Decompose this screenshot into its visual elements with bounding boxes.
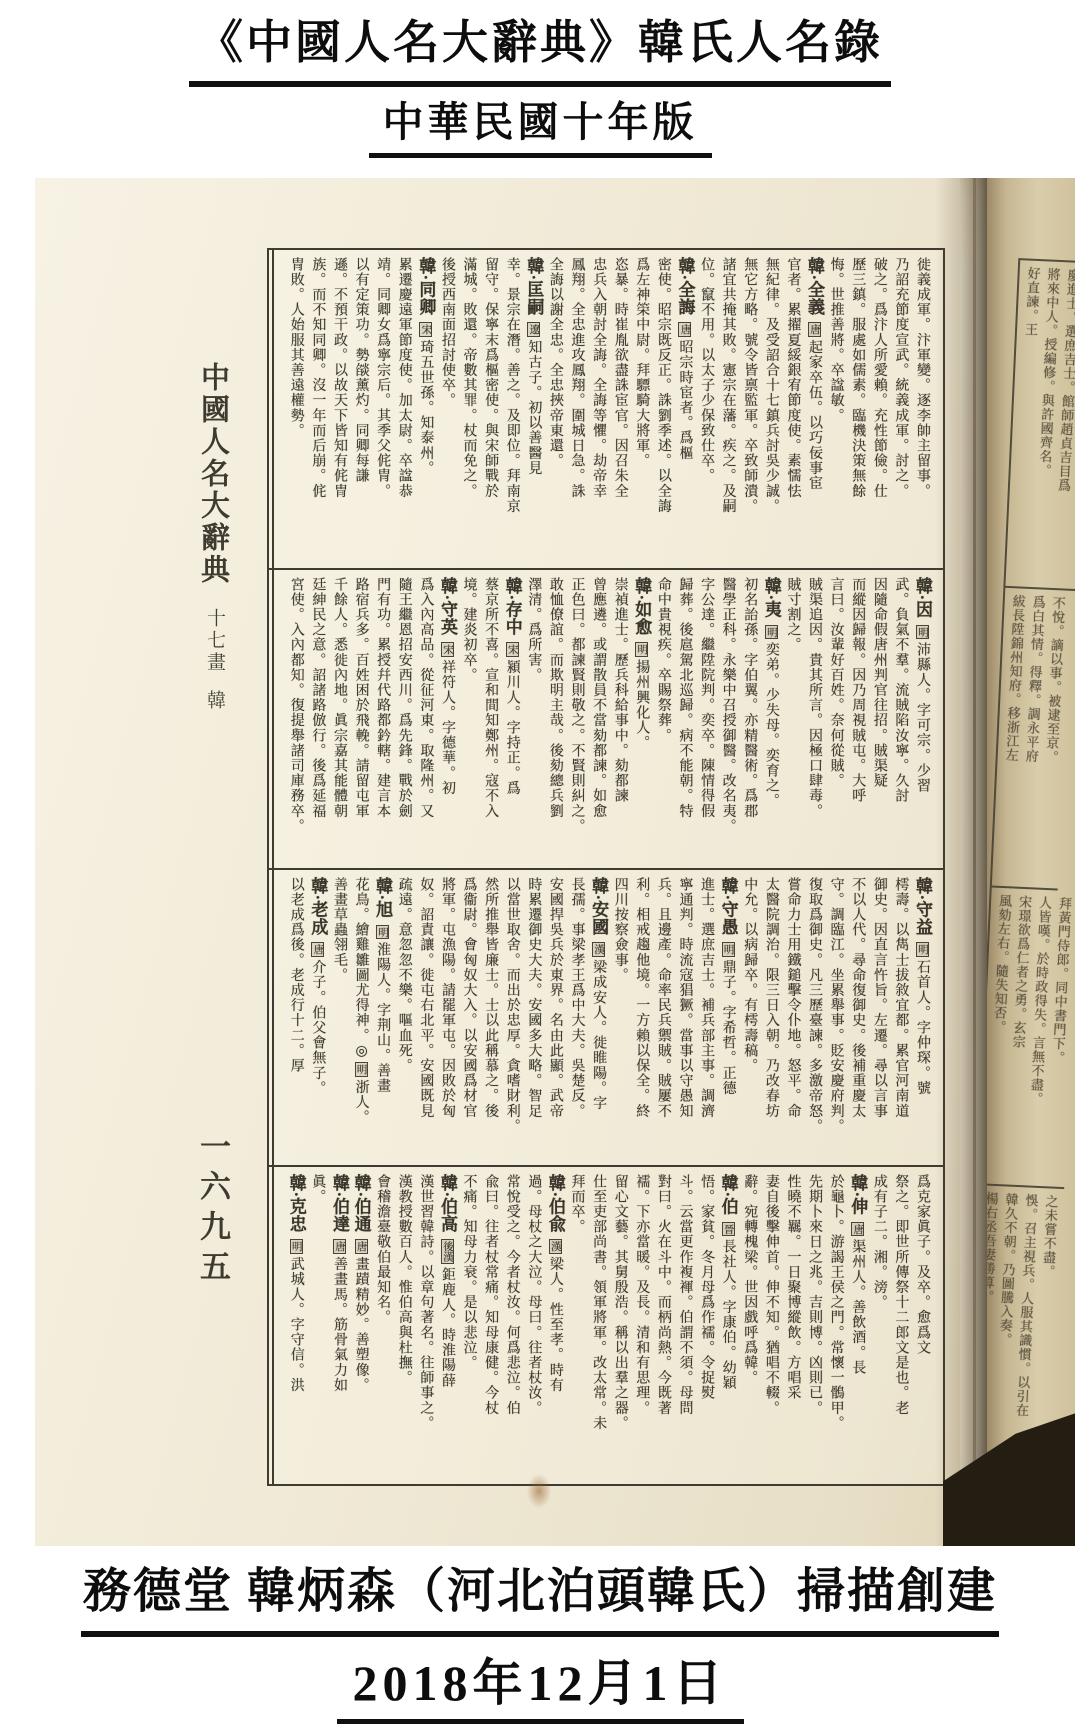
dynasty-label: 晉 — [722, 1222, 735, 1237]
text-column: 韓·全誨 唐昭宗時宦者。爲樞 — [674, 257, 696, 563]
text-column: 幸。景宗在潛。善之。及即位。拜南京 — [501, 257, 523, 563]
document-header: 《中國人名大辭典》韓氏人名錄 中華民國十年版 — [0, 6, 1080, 158]
entry-name: 韓·旭 — [373, 877, 392, 918]
header-title: 《中國人名大辭典》韓氏人名錄 — [189, 6, 891, 87]
text-column: 無紀律。及受詔合十七鎮兵討吳少誠。 — [760, 257, 782, 563]
binding-crease — [973, 178, 976, 1546]
entry-name: 韓·伸 — [848, 1174, 867, 1215]
section-stroke-count: 十七畫 — [204, 608, 225, 674]
tier-4: 爲克家眞子。及卒。愈爲文祭之。即世所傳祭十二郎文是也。老成有子二。湘。滂。韓·伸… — [269, 1167, 943, 1483]
text-column: 冑敗。人始服其善遠權勢。 — [285, 257, 307, 563]
text-column: 以當世取舍。而出於忠厚。貪嗜財利。 — [501, 877, 523, 1160]
text-column: 漢世習韓詩。以章句著名。往師事之。 — [415, 1174, 437, 1478]
right-tier-4: 之未嘗不盡。悞。召主視兵。人服其識慣。以引在韓久不朝。乃圖騰入奏。楊右丞吾妻勝算… — [987, 1185, 1064, 1459]
dynasty-label: 漢 — [549, 1239, 562, 1254]
text-column: 曾應遴。或謂散員不當劾都諫。如愈 — [588, 577, 610, 863]
scan-photo: 中國人名大辭典 十七畫韓 一六九五 徙義成軍。汴軍變。逐李帥主留事。乃詔充節度宣… — [35, 178, 1075, 1546]
entry-name: 韓·伯達 — [330, 1174, 349, 1233]
dynasty-label: 宋 — [506, 642, 519, 657]
text-column: 乃詔充節度宣武。統義成軍。討之。 — [890, 257, 912, 563]
text-column: 敢恤僚誼。而欺明主哉。後劾總兵劉 — [544, 577, 566, 863]
tier-2: 韓·因 明沛縣人。字可宗。少習武。負氣不羣。流賊陷汝寧。久討因隨命假唐州判官往招… — [269, 570, 943, 870]
text-column: 奴。詔責讓。徙屯右北平。安國既見 — [415, 877, 437, 1160]
text-column: 兪曰。往者杖常痛。知母康健。今杖 — [480, 1174, 502, 1478]
text-column: 兵。且邊產。命率民兵禦賊。賊屢不 — [652, 877, 674, 1160]
tier-1: 徙義成軍。汴軍變。逐李帥主留事。乃詔充節度宣武。統義成軍。討之。破之。爲汴人所愛… — [269, 250, 943, 570]
text-column: 言曰。汝輩好百姓。奈何從賊。 — [825, 577, 847, 863]
text-column: 悔。世推善將。卒諡敏。 — [825, 257, 847, 563]
dynasty-label: 明 — [722, 942, 735, 957]
text-column: 路宿兵多。百姓困於飛輓。請留屯軍 — [350, 577, 372, 863]
text-column: 隨王繼恩招安西川。爲先鋒。戰於劍 — [393, 577, 415, 863]
entry-name: 韓·安國 — [589, 877, 608, 936]
entry-name: 韓·全義 — [805, 257, 824, 316]
text-column: 忠兵入朝討全誨。全誨等懼。劫帝幸 — [588, 257, 610, 563]
text-column: 而縱因歸報。因乃周視賊屯。大呼 — [847, 577, 869, 863]
text-column: 進士。選庶吉士。補兵部主事。調濟 — [695, 877, 717, 1160]
text-column: 過。母杖之大泣。母曰。往者杖汝。 — [523, 1174, 545, 1478]
text-column: 韓·伯 晉長社人。字康伯。幼穎 — [717, 1174, 739, 1478]
left-page: 中國人名大辭典 十七畫韓 一六九五 徙義成軍。汴軍變。逐李帥主留事。乃詔充節度宣… — [35, 178, 960, 1546]
text-column: 韓·克忠 明武城人。字守信。洪 — [285, 1174, 307, 1478]
text-column: 破之。爲汴人所愛賴。充性節儉。仕 — [868, 257, 890, 563]
text-column: 韓·匡嗣 遼知古子。初以善醫見 — [523, 257, 545, 563]
text-column: 韓·伯通 唐畫蹟精妙。善塑像。 — [350, 1174, 372, 1478]
text-column: 徙義成軍。汴軍變。逐李帥主留事。 — [911, 257, 933, 563]
entry-name: 韓·守愚 — [719, 877, 738, 936]
text-column: 醫學正科。永樂中召授御醫。改名夷。 — [717, 577, 739, 863]
text-column: 滿城。敗還。帝數其罪。杖而免之。 — [458, 257, 480, 563]
text-column: 守。調臨江。坐累舉事。貶安慶府判。 — [825, 877, 847, 1160]
dynasty-label: 宋 — [419, 322, 432, 337]
text-column: 韓·同卿 宋琦五世孫。知泰州。 — [415, 257, 437, 563]
text-column: 復取爲御史。凡三歷臺諫。多激帝怒。 — [803, 877, 825, 1160]
text-column: 澤清。爲所害。 — [523, 577, 545, 863]
text-column: 韓·伯兪 漢梁人。性至孝。時有 — [544, 1174, 566, 1478]
text-column: 安國捍吳兵於東界。名由此顯。武帝 — [544, 877, 566, 1160]
text-column: 賊寸割之。 — [782, 577, 804, 863]
text-column: 韓·夷 明奕弟。少失母。奕育之。 — [760, 577, 782, 863]
text-column: 韓·存中 宋潁川人。字持正。爲 — [501, 577, 523, 863]
text-column: 先期卜來日之兆。吉則博。凶則已。 — [803, 1174, 825, 1478]
text-column: 爲克家眞子。及卒。愈爲文 — [911, 1174, 933, 1478]
text-column: 漢教授數百人。惟伯高與杜撫。 — [393, 1174, 415, 1478]
text-column: 以老成爲後。老成行十二。厚 — [285, 877, 307, 1160]
text-column: 因隨命假唐州判官往招。賊渠疑 — [868, 577, 890, 863]
footer-date: 2018年12月1日 — [337, 1643, 744, 1724]
dynasty-label: 唐 — [678, 322, 691, 337]
text-column: 韓·老成 唐介子。伯父會無子。 — [307, 877, 329, 1160]
text-column: 門有功。累授幷代路都鈐轄。建言本 — [372, 577, 394, 863]
text-column: 位。竄不用。以太子少保致仕卒。 — [695, 257, 717, 563]
text-column: 不痛。知母力衰。是以悲泣。 — [458, 1174, 480, 1478]
entry-name: 韓·匡嗣 — [524, 257, 543, 316]
text-column: 常悅受之。今者杖汝。何爲悲泣。伯 — [501, 1174, 523, 1478]
text-column: 時累遷御史大夫。安國多大略。智足 — [523, 877, 545, 1160]
text-column: 花鳥。繪雞雛圖尤得神。◎明浙人。 — [350, 877, 372, 1160]
text-column: 善畫草蟲翎毛。 — [328, 877, 350, 1160]
page-number: 一六九五 — [190, 1130, 235, 1290]
dynasty-label: 宋 — [441, 642, 454, 657]
text-column: 韓·伯高 後漢鉅鹿人。時淮陽薛 — [436, 1174, 458, 1478]
entry-name: 韓·伯高 — [438, 1174, 457, 1233]
dynasty-label: 明 — [290, 1239, 303, 1254]
dynasty-label: 唐 — [355, 1239, 368, 1254]
text-column: 辭。宛轉槐梁。世因戲呼爲韓。 — [739, 1174, 761, 1478]
text-column: 韓·伯達 唐善畫馬。筋骨氣力如 — [328, 1174, 350, 1478]
text-column: 於龜卜。游謁王侯之門。常懷一鶻甲。 — [825, 1174, 847, 1478]
text-column: 千餘人。悉徙內地。眞宗嘉其能體朝 — [328, 577, 350, 863]
text-column: 韓·守益 明石首人。字仲琛。號 — [911, 877, 933, 1160]
text-column: 樗壽。以雋士拔敘宜都。累官河南道 — [890, 877, 912, 1160]
text-column: 韓·旭 明淮陽人。字荆山。善畫 — [372, 877, 394, 1160]
text-column: 悟。家貧。冬月母爲作襦。令捉熨 — [695, 1174, 717, 1478]
entry-name: 韓·如愈 — [632, 577, 651, 636]
text-column: 恣暴。時崔胤欲盡誅宦官。因召朱全 — [609, 257, 631, 563]
text-column: 仕至吏部尚書。領軍將軍。改太常。未 — [588, 1174, 610, 1478]
text-column: 以有定策功。勢燄薰灼。同卿每謙 — [350, 257, 372, 563]
text-column: 歷三鎮。服處如儒素。臨機決策無餘 — [847, 257, 869, 563]
entry-name: 韓·伯 — [719, 1174, 738, 1215]
text-column: 祭之。即世所傳祭十二郎文是也。老 — [890, 1174, 912, 1478]
text-column: 正色曰。都諫賢則敬之。不賢則糾之。 — [566, 577, 588, 863]
header-edition: 中華民國十年版 — [369, 89, 712, 158]
text-frame: 徙義成軍。汴軍變。逐李帥主留事。乃詔充節度宣武。統義成軍。討之。破之。爲汴人所愛… — [267, 248, 945, 1486]
entry-name: 韓·全誨 — [675, 257, 694, 316]
dynasty-label: 唐 — [333, 1239, 346, 1254]
text-column: 無它方略。號令皆禀監軍。卒致師潰。 — [739, 257, 761, 563]
text-column: 爲入內高品。從征河東。取隆州。又 — [415, 577, 437, 863]
text-column: 宮使。入內都知。復提舉諸司庫務卒。 — [285, 577, 307, 863]
text-column: 初名詒孫。字伯翼。亦精醫術。爲郡 — [739, 577, 761, 863]
text-column: 利。相戒趨他境。一方賴以保全。終 — [631, 877, 653, 1160]
text-column: 嘗命力士用鐵鎚擊令仆地。怒平。命 — [782, 877, 804, 1160]
footer-credit: 務德堂 韓炳森（河北泊頭韓氏）掃描創建 — [81, 1552, 999, 1637]
text-column: 韓·安國 漢梁成安人。徙睢陽。字 — [588, 877, 610, 1160]
entry-name: 韓·因 — [913, 577, 932, 618]
text-column: 韓·守愚 明鼎子。字希哲。正德 — [717, 877, 739, 1160]
entry-name: 韓·伯兪 — [546, 1174, 565, 1233]
dynasty-label: 後漢 — [441, 1239, 454, 1264]
dynasty-label: 明 — [916, 942, 929, 957]
text-column: 爲衞尉。會匈奴大入。以安國爲材官 — [458, 877, 480, 1160]
text-column: 四川按察僉事。 — [609, 877, 631, 1160]
right-page: 韓·世能 明長洲人。字存良。隆慶進士。選庶吉士。館師趙貞吉目爲將來中人。授編修。… — [987, 178, 1075, 1546]
entry-name: 韓·同卿 — [416, 257, 435, 316]
page-background: { "header": { "line1": "《中國人名大辭典》韓氏人名錄",… — [0, 0, 1080, 1732]
entry-name: 韓·存中 — [503, 577, 522, 636]
dynasty-label: 漢 — [592, 942, 605, 957]
text-column: 不以人代。尋命復御史。後補重慶太 — [847, 877, 869, 1160]
dynasty-label: 明 — [355, 1062, 368, 1077]
dynasty-label: 遼 — [527, 322, 540, 337]
text-column: 御史。因直言忤旨。左遷。尋以言事 — [868, 877, 890, 1160]
text-column: 成有子二。湘。滂。 — [868, 1174, 890, 1478]
text-column: 對曰。火在斗中。而柄尚熱。今既著 — [652, 1174, 674, 1478]
text-column: 性曉不羈。一日聚博縱飲。方唱采 — [782, 1174, 804, 1478]
entry-name: 韓·守英 — [438, 577, 457, 636]
text-column: 武。負氣不羣。流賊陷汝寧。久討 — [890, 577, 912, 863]
text-column: 中允。以病歸卒。有樗壽稿。 — [739, 877, 761, 1160]
text-column: 斗。云當更作複褌。伯謂不須。母問 — [674, 1174, 696, 1478]
entry-name: 韓·夷 — [762, 577, 781, 618]
text-column: 留守。保寧末爲樞密使。與宋師戰於 — [480, 257, 502, 563]
section-label: 十七畫韓 — [201, 608, 228, 712]
text-column: 會稽澹臺敬伯最知名。 — [372, 1174, 394, 1478]
text-column: 崇禎進士。歷兵科給事中。劾都諫 — [609, 577, 631, 863]
text-column: 蔡京所不喜。宣和間知鄭州。寇不入 — [480, 577, 502, 863]
text-column: 疏遠。意忽忽不樂。嘔血死。 — [393, 877, 415, 1160]
text-column: 爲左神筞中尉。拜驃騎大將軍。 — [631, 257, 653, 563]
entry-name: 韓·伯通 — [352, 1174, 371, 1233]
entry-name: 韓·老成 — [308, 877, 327, 936]
text-column: 累遷慶遠軍節度使。加太尉。卒諡恭 — [393, 257, 415, 563]
entry-name: 韓·克忠 — [287, 1174, 306, 1233]
text-column: 韓·伸 唐渠州人。善飲酒。長 — [847, 1174, 869, 1478]
paper-stain — [527, 1474, 551, 1508]
text-column: 族。而不知同卿。沒一年而后崩。侂 — [307, 257, 329, 563]
text-column: 廷紳民之意。詔諸路倣行。後爲延福 — [307, 577, 329, 863]
text-column: 境。建炎初卒。 — [458, 577, 480, 863]
right-tier-3: 拜黃門侍郎。同中書門下。人皆嘆。於時政得失。言無不盡。宋璟欲爲仁者之勇。玄宗風劾… — [987, 888, 1075, 1190]
text-column: 賊渠追因。貴其所言。因極口肆毒。 — [803, 577, 825, 863]
text-column: 韓·守英 宋祥符人。字德華。初 — [436, 577, 458, 863]
text-column: 韓·因 明沛縣人。字可宗。少習 — [911, 577, 933, 863]
text-column: 遜。不預干政。以故天下皆知有侂冑 — [328, 257, 350, 563]
dynasty-label: 明 — [765, 625, 778, 640]
right-tier-2: 不悅。謫以事。被逮至京。爲白其情。得釋。調永平府紱長陞錦州知府。移浙江左 — [992, 588, 1072, 891]
text-column: 然所推舉皆廉士。士以此稱慕之。後 — [480, 877, 502, 1160]
entry-name: 韓·守益 — [913, 877, 932, 936]
text-column: 妻自後擊伸首。伸不知。猶唱不輟。 — [760, 1174, 782, 1478]
text-column: 韓·如愈 明揚州興化人。 — [631, 577, 653, 863]
right-tier-1: 韓·世能 明長洲人。字存良。隆慶進士。選庶吉士。館師趙貞吉目爲將來中人。授編修。… — [1005, 260, 1075, 592]
text-column: 拜而卒。 — [566, 1174, 588, 1478]
text-column: 歸葬。後扈駕北巡歸。病不能朝。特 — [674, 577, 696, 863]
text-column: 命中貴視疾。卒賜祭葬。 — [652, 577, 674, 863]
text-column: 密使。昭宗既反正。誅劉季述。以全誨 — [652, 257, 674, 563]
text-column: 全誨以謝全忠。全忠挾帝東還。 — [544, 257, 566, 563]
text-column: 後授西南面招討使卒。 — [436, 257, 458, 563]
section-surname: 韓 — [204, 690, 225, 712]
text-column: 字公達。繼陞院判。奕卒。陳情得假 — [695, 577, 717, 863]
text-column: 襦。下亦當暖。及長。清和有思理。 — [631, 1174, 653, 1478]
text-column: 靖。同卿女爲寧宗后。其季父侂冑。 — [372, 257, 394, 563]
text-column: 太醫院調治。限三日入朝。乃改春坊 — [760, 877, 782, 1160]
dynasty-label: 明 — [635, 642, 648, 657]
book-title-spine: 中國人名大辭典 — [193, 362, 234, 586]
text-column: 諸宜共掩其敗。憲宗在藩。疾之。及嗣 — [717, 257, 739, 563]
text-column: 將軍。屯漁陽。請罷軍屯。因敗於匈 — [436, 877, 458, 1160]
dynasty-label: 唐 — [851, 1222, 864, 1237]
right-page-text-frame: 韓·世能 明長洲人。字存良。隆慶進士。選庶吉士。館師趙貞吉目爲將來中人。授編修。… — [987, 258, 1075, 1464]
text-column: 鳳翔。全忠進攻鳳翔。圍城日急。誅 — [566, 257, 588, 563]
dynasty-label: 唐 — [311, 942, 324, 957]
text-column: 眞。 — [307, 1174, 329, 1478]
dynasty-label: 明 — [916, 625, 929, 640]
text-column: 寧通判。時流寇猖獗。當事以守愚知 — [674, 877, 696, 1160]
dynasty-label: 明 — [376, 925, 389, 940]
text-column: 長孺。事梁孝王爲中大夫。吳楚反。 — [566, 877, 588, 1160]
document-footer: 務德堂 韓炳森（河北泊頭韓氏）掃描創建 2018年12月1日 — [0, 1552, 1080, 1724]
dynasty-label: 唐 — [808, 322, 821, 337]
text-column: 留心文藝。其舅殷浩。稱以出羣之器。 — [609, 1174, 631, 1478]
text-column: 韓·全義 唐起家卒伍。以巧佞事宦 — [803, 257, 825, 563]
tier-3: 韓·守益 明石首人。字仲琛。號樗壽。以雋士拔敘宜都。累官河南道御史。因直言忤旨。… — [269, 870, 943, 1167]
text-column: 官者。累擢夏綏銀宥節度使。素懦怯 — [782, 257, 804, 563]
